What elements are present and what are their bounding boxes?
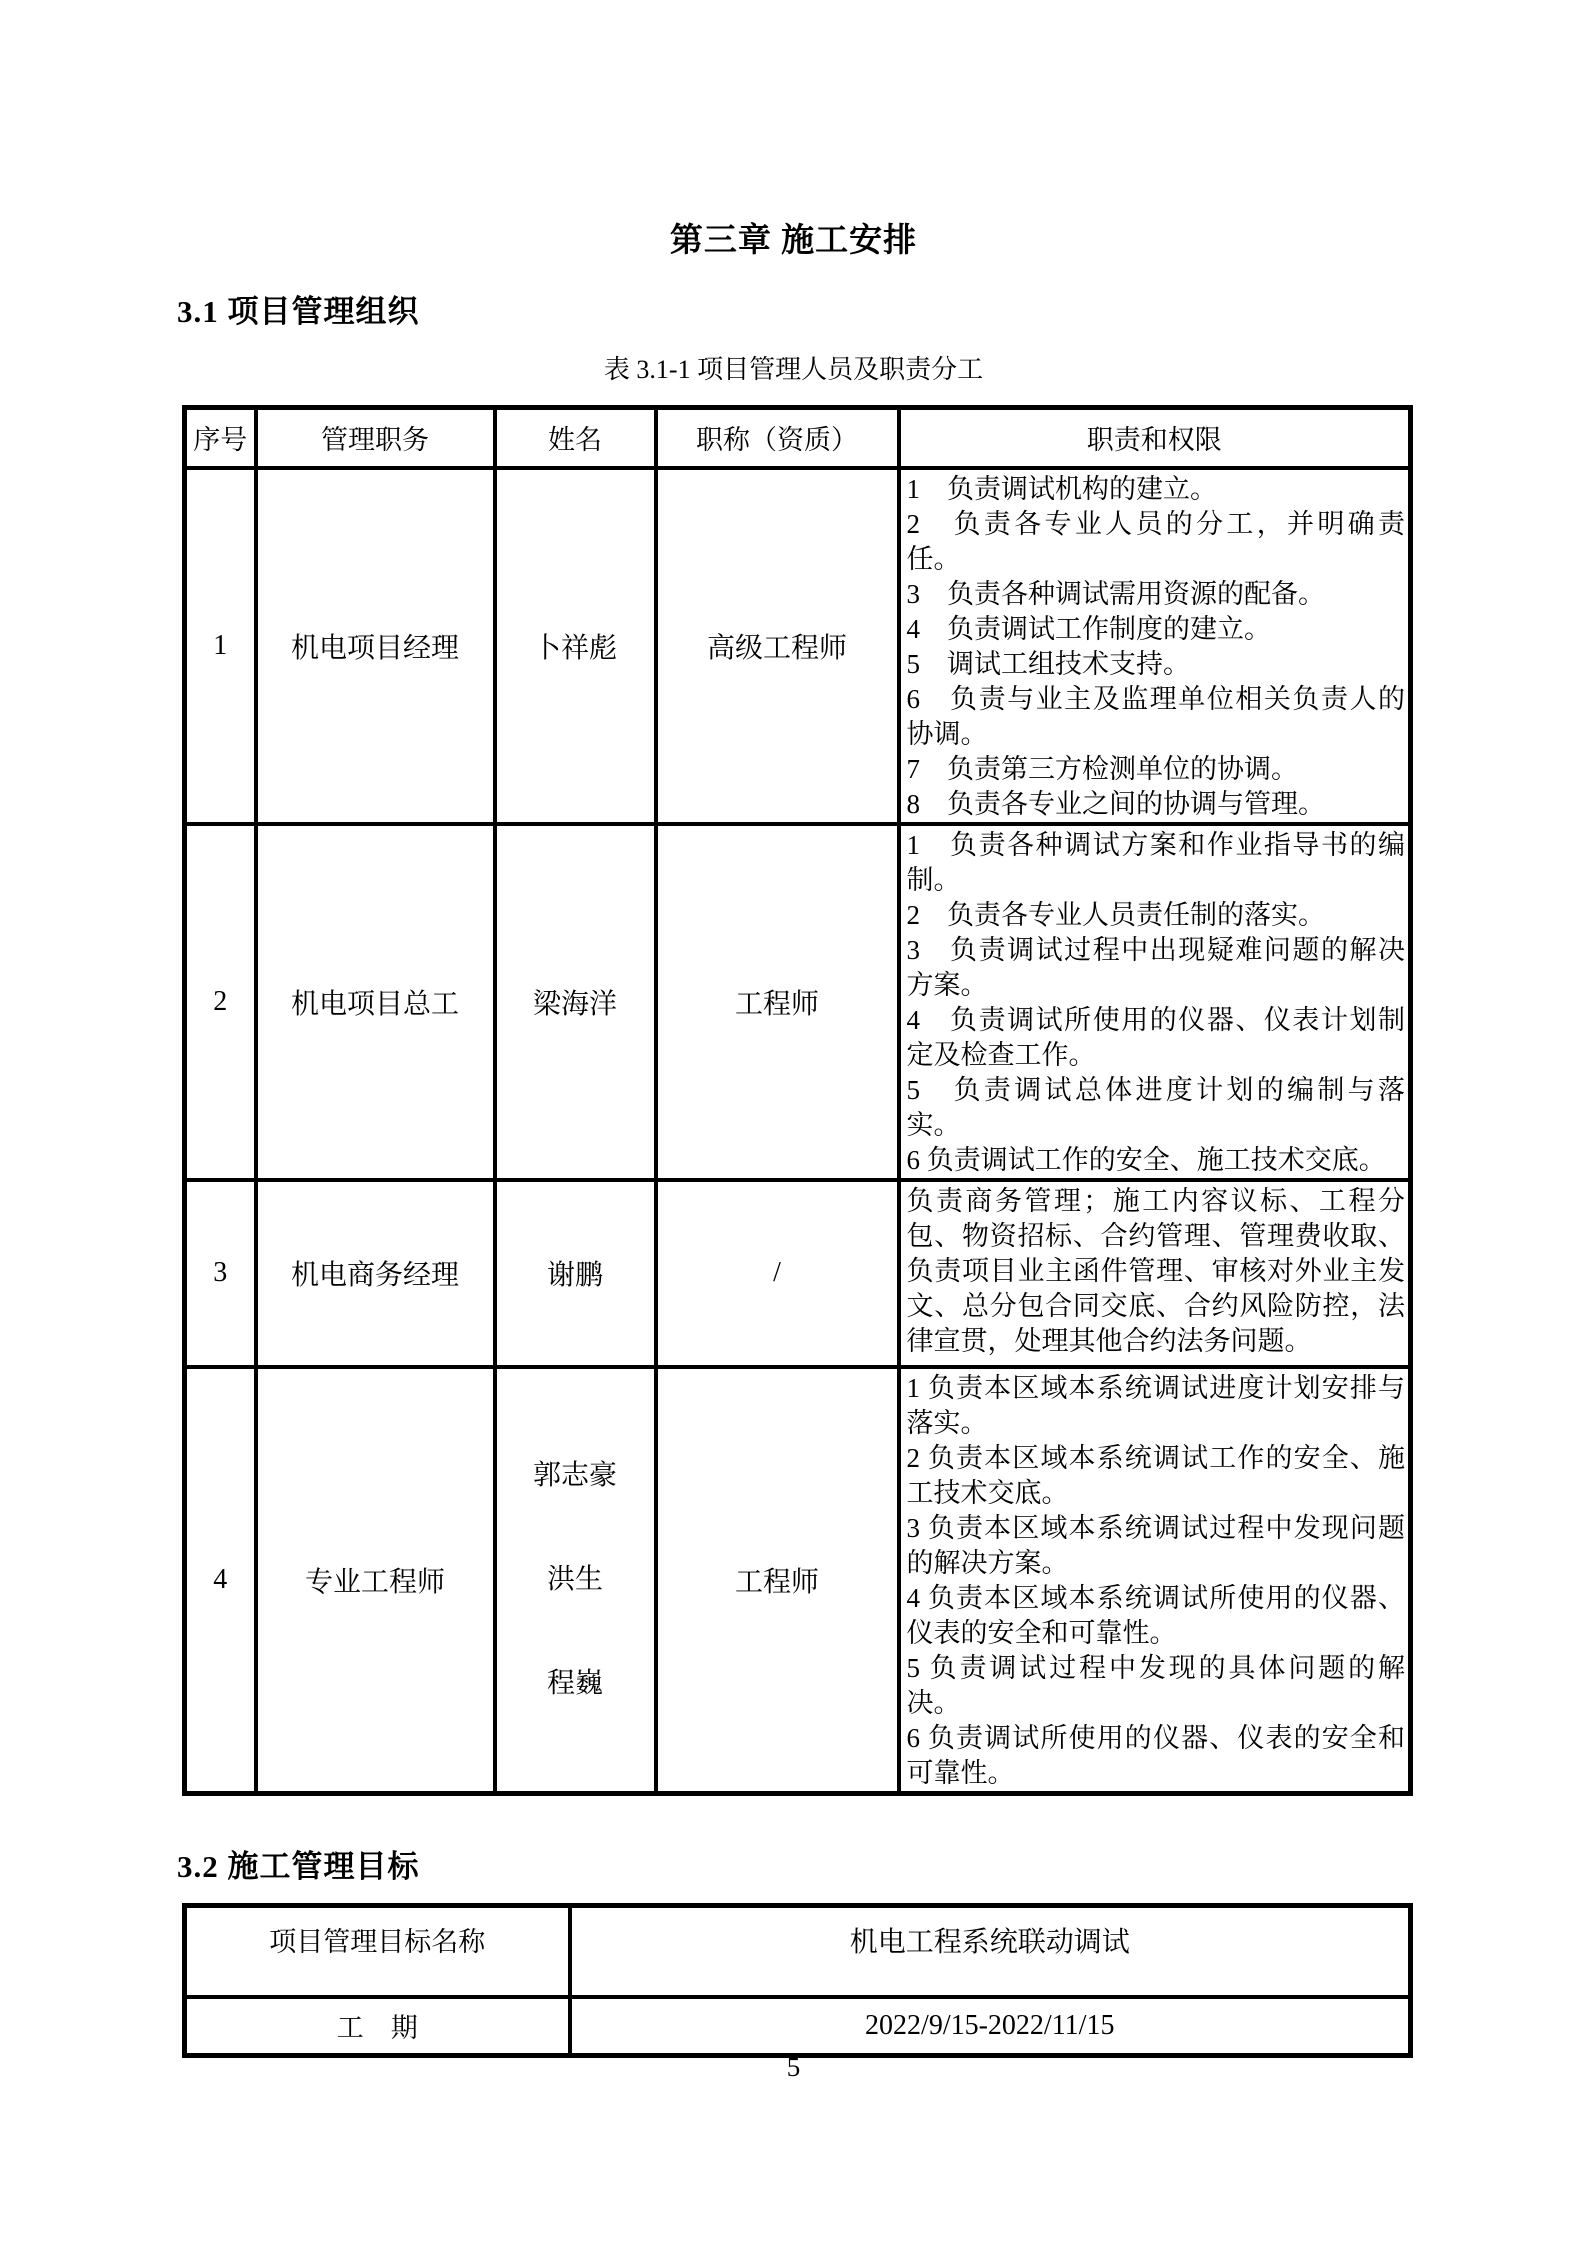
- cell-title: /: [656, 1180, 899, 1367]
- personnel-table-caption: 表 3.1-1 项目管理人员及职责分工: [0, 349, 1587, 386]
- cell-duties: 1 负责本区域本系统调试进度计划安排与落实。 2 负责本区域本系统调试工作的安全…: [899, 1367, 1411, 1794]
- document-page: 第三章 施工安排 3.1 项目管理组织 表 3.1-1 项目管理人员及职责分工 …: [0, 0, 1587, 2245]
- header-name: 姓名: [495, 408, 656, 468]
- header-seq: 序号: [185, 408, 256, 468]
- cell-name: 梁海洋: [495, 824, 656, 1180]
- personnel-table-header-row: 序号 管理职务 姓名 职称（资质） 职责和权限: [185, 408, 1411, 468]
- goal-label: 项目管理目标名称: [185, 1906, 570, 1997]
- cell-seq: 3: [185, 1180, 256, 1367]
- cell-seq: 1: [185, 468, 256, 824]
- table-row: 工 期 2022/9/15-2022/11/15: [185, 1997, 1411, 2056]
- table-row: 4 专业工程师 郭志豪 洪生 程巍 工程师 1 负责本区域本系统调试进度计划安排…: [185, 1367, 1411, 1794]
- cell-name: 谢鹏: [495, 1180, 656, 1367]
- cell-duties: 1 负责各种调试方案和作业指导书的编制。 2 负责各专业人员责任制的落实。 3 …: [899, 824, 1411, 1180]
- table-row: 3 机电商务经理 谢鹏 / 负责商务管理；施工内容议标、工程分包、物资招标、合约…: [185, 1180, 1411, 1367]
- header-title: 职称（资质）: [656, 408, 899, 468]
- cell-duties: 负责商务管理；施工内容议标、工程分包、物资招标、合约管理、管理费收取、负责项目业…: [899, 1180, 1411, 1367]
- personnel-table: 序号 管理职务 姓名 职称（资质） 职责和权限 1 机电项目经理 卜祥彪 高级工…: [182, 405, 1413, 1796]
- cell-role: 机电项目经理: [256, 468, 495, 824]
- section-heading-3-2: 3.2 施工管理目标: [177, 1841, 420, 1886]
- cell-role: 专业工程师: [256, 1367, 495, 1794]
- cell-duties: 1 负责调试机构的建立。 2 负责各专业人员的分工，并明确责任。 3 负责各种调…: [899, 468, 1411, 824]
- goal-label: 工 期: [185, 1997, 570, 2056]
- cell-seq: 4: [185, 1367, 256, 1794]
- goal-value: 2022/9/15-2022/11/15: [570, 1997, 1411, 2056]
- management-goals-table: 项目管理目标名称 机电工程系统联动调试 工 期 2022/9/15-2022/1…: [182, 1903, 1413, 2058]
- chapter-title: 第三章 施工安排: [0, 214, 1587, 261]
- section-heading-3-1: 3.1 项目管理组织: [177, 286, 420, 331]
- goal-value: 机电工程系统联动调试: [570, 1906, 1411, 1997]
- table-row: 2 机电项目总工 梁海洋 工程师 1 负责各种调试方案和作业指导书的编制。 2 …: [185, 824, 1411, 1180]
- cell-title: 工程师: [656, 1367, 899, 1794]
- header-role: 管理职务: [256, 408, 495, 468]
- header-duties: 职责和权限: [899, 408, 1411, 468]
- cell-title: 高级工程师: [656, 468, 899, 824]
- cell-role: 机电商务经理: [256, 1180, 495, 1367]
- cell-name: 郭志豪 洪生 程巍: [495, 1367, 656, 1794]
- page-number: 5: [0, 2052, 1587, 2083]
- table-row: 项目管理目标名称 机电工程系统联动调试: [185, 1906, 1411, 1997]
- cell-role: 机电项目总工: [256, 824, 495, 1180]
- cell-title: 工程师: [656, 824, 899, 1180]
- table-row: 1 机电项目经理 卜祥彪 高级工程师 1 负责调试机构的建立。 2 负责各专业人…: [185, 468, 1411, 824]
- cell-name: 卜祥彪: [495, 468, 656, 824]
- cell-seq: 2: [185, 824, 256, 1180]
